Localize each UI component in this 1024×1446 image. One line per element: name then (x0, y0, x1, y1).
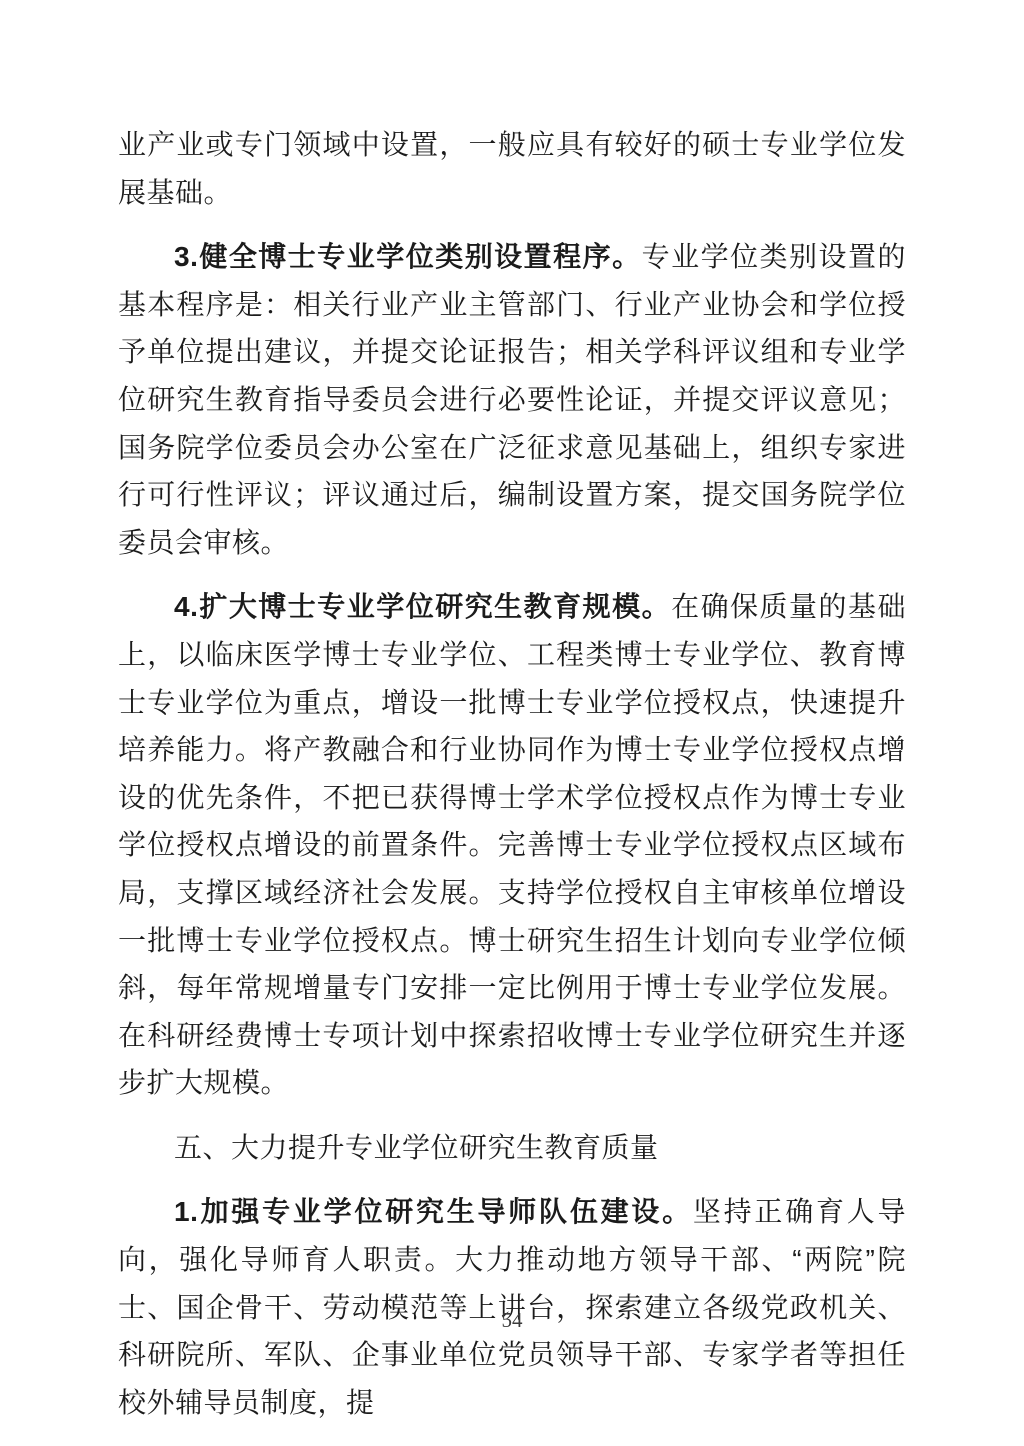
paragraph-item-4: 4.扩大博士专业学位研究生教育规模。在确保质量的基础上，以临床医学博士专业学位、… (118, 583, 906, 1107)
paragraph-text: 专业学位类别设置的基本程序是：相关行业产业主管部门、行业产业协会和学位授予单位提… (118, 241, 906, 558)
document-page: 业产业或专门领域中设置，一般应具有较好的硕士专业学位发展基础。 3.健全博士专业… (0, 0, 1024, 1446)
paragraph-continuation: 业产业或专门领域中设置，一般应具有较好的硕士专业学位发展基础。 (118, 121, 906, 216)
paragraph-lead: 1.加强专业学位研究生导师队伍建设。 (174, 1196, 693, 1227)
document-content: 业产业或专门领域中设置，一般应具有较好的硕士专业学位发展基础。 3.健全博士专业… (118, 121, 906, 1443)
paragraph-item-3: 3.健全博士专业学位类别设置程序。专业学位类别设置的基本程序是：相关行业产业主管… (118, 233, 906, 566)
section-heading-five: 五、大力提升专业学位研究生教育质量 (118, 1124, 906, 1172)
paragraph-text: 在确保质量的基础上，以临床医学博士专业学位、工程类博士专业学位、教育博士专业学位… (118, 591, 906, 1098)
page-number: 54 (0, 1308, 1024, 1333)
paragraph-lead: 4.扩大博士专业学位研究生教育规模。 (174, 591, 671, 622)
paragraph-lead: 3.健全博士专业学位类别设置程序。 (174, 241, 642, 272)
paragraph-text: 业产业或专门领域中设置，一般应具有较好的硕士专业学位发展基础。 (118, 129, 906, 208)
